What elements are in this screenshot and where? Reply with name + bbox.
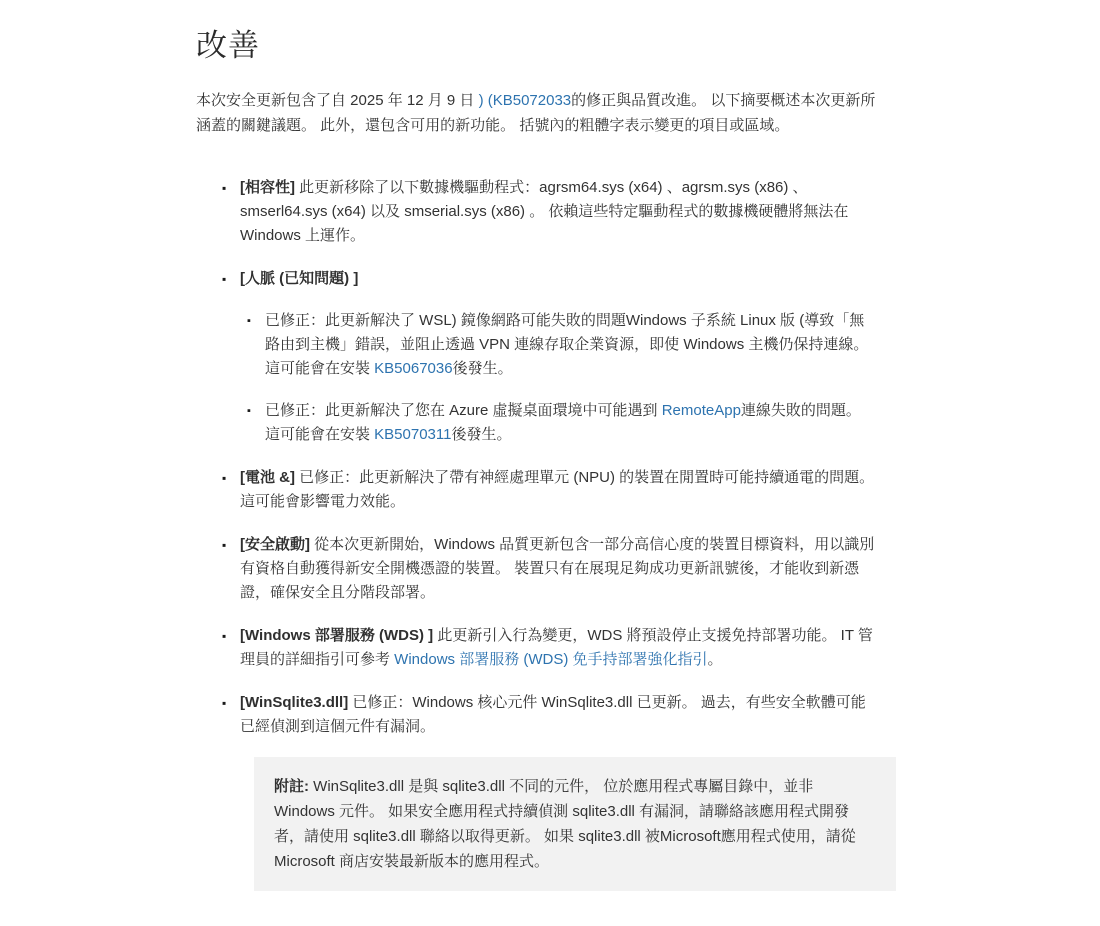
kb5072033-link[interactable]: ) (KB5072033 — [479, 92, 572, 109]
article-content: 改善 本次安全更新包含了自 2025 年 12 月 9 日 ) (KB50720… — [196, 0, 876, 891]
item-label: [電池 &] — [240, 469, 295, 486]
highlights-list: [相容性] 此更新移除了以下數據機驅動程式：agrsm64.sys (x64) … — [196, 176, 876, 739]
note-box: 附註: WinSqlite3.dll 是與 sqlite3.dll 不同的元件，… — [254, 757, 896, 891]
intro-paragraph: 本次安全更新包含了自 2025 年 12 月 9 日 ) (KB5072033的… — [196, 88, 876, 138]
page-title: 改善 — [196, 26, 876, 66]
kb5067036-link[interactable]: KB5067036 — [374, 360, 452, 377]
item-text: 從本次更新開始，Windows 品質更新包含一部分高信心度的裝置目標資料，用以識… — [240, 536, 874, 601]
item-text-1: 已修正：此更新解決了您在 Azure 虛擬桌面環境中可能遇到 — [265, 402, 662, 419]
item-label: [安全啟動] — [240, 536, 310, 553]
list-item-battery: [電池 &] 已修正：此更新解決了帶有神經處理單元 (NPU) 的裝置在閒置時可… — [196, 466, 876, 514]
note-label: 附註: — [274, 778, 309, 795]
item-label: [Windows 部署服務 (WDS) ] — [240, 627, 433, 644]
wds-guide-link[interactable]: Windows 部署服務 (WDS) 免手持部署強化指引 — [394, 651, 707, 668]
item-text-3: 後發生。 — [451, 426, 511, 443]
remoteapp-link[interactable]: RemoteApp — [662, 402, 741, 419]
list-item-winsqlite: [WinSqlite3.dll] 已修正：Windows 核心元件 WinSql… — [196, 691, 876, 739]
kb5070311-link[interactable]: KB5070311 — [374, 426, 451, 443]
note-text: WinSqlite3.dll 是與 sqlite3.dll 不同的元件， 位於應… — [274, 778, 856, 870]
item-text-1: 已修正：此更新解決了 WSL) 鏡像網路可能失敗的問題Windows 子系統 L… — [265, 312, 868, 377]
item-label: [WinSqlite3.dll] — [240, 694, 348, 711]
intro-text-1: 本次安全更新包含了自 2025 年 12 月 9 日 — [196, 92, 479, 109]
list-item-connections: [人脈 (已知問題) ] 已修正：此更新解決了 WSL) 鏡像網路可能失敗的問題… — [196, 267, 876, 447]
list-item-compatibility: [相容性] 此更新移除了以下數據機驅動程式：agrsm64.sys (x64) … — [196, 176, 876, 248]
item-label: [人脈 (已知問題) ] — [240, 270, 358, 287]
item-text: 此更新移除了以下數據機驅動程式：agrsm64.sys (x64) 、agrsm… — [240, 179, 848, 244]
article-page: 改善 本次安全更新包含了自 2025 年 12 月 9 日 ) (KB50720… — [0, 0, 1100, 926]
list-item-wds: [Windows 部署服務 (WDS) ] 此更新引入行為變更，WDS 將預設停… — [196, 624, 876, 672]
connections-sublist: 已修正：此更新解決了 WSL) 鏡像網路可能失敗的問題Windows 子系統 L… — [240, 309, 876, 447]
sublist-item-remoteapp: 已修正：此更新解決了您在 Azure 虛擬桌面環境中可能遇到 RemoteApp… — [240, 399, 876, 447]
item-text-2: 後發生。 — [453, 360, 513, 377]
item-label: [相容性] — [240, 179, 295, 196]
item-text-2: 。 — [708, 651, 723, 668]
list-item-secure-boot: [安全啟動] 從本次更新開始，Windows 品質更新包含一部分高信心度的裝置目… — [196, 533, 876, 605]
sublist-item-wsl: 已修正：此更新解決了 WSL) 鏡像網路可能失敗的問題Windows 子系統 L… — [240, 309, 876, 381]
item-text: 已修正：此更新解決了帶有神經處理單元 (NPU) 的裝置在閒置時可能持續通電的問… — [240, 469, 874, 510]
